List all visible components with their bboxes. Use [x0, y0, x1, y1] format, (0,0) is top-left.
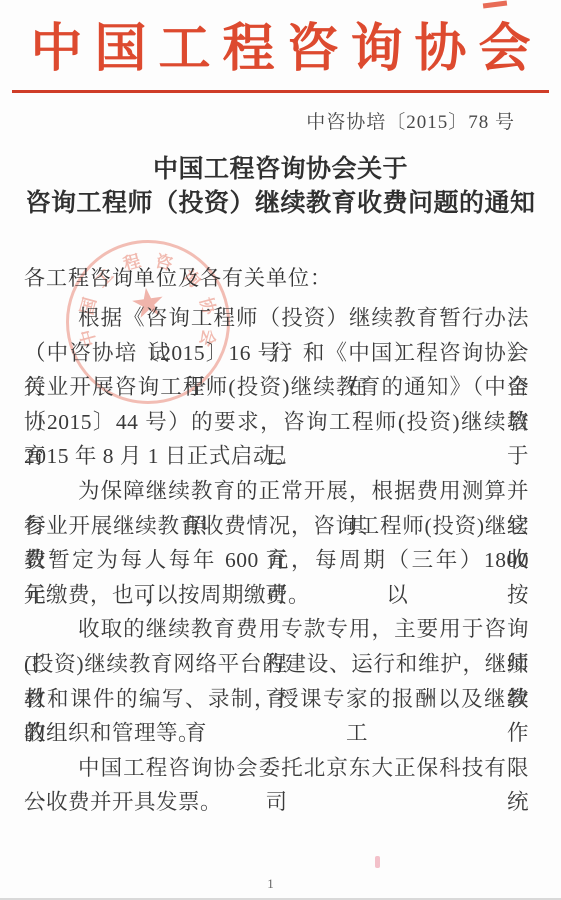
body-line: 为保障继续教育的正常开展，根据费用测算并参照其它	[24, 474, 529, 509]
body-line: 费暂定为每人每年 600 元，每周期（三年）1800 元，可以按	[24, 543, 529, 578]
body-line: 收取的继续教育费用专款专用，主要用于咨询工程师	[24, 612, 529, 647]
body-line: 材和课件的编写、录制，授课专家的报酬以及继续教育工作	[24, 682, 529, 717]
body-line: 〔2015〕44 号）的要求，咨询工程师(投资)继续教育已于	[24, 405, 529, 440]
body-line: 根据《咨询工程师（投资）继续教育暂行办法（试行）》	[24, 301, 529, 336]
salutation: 各工程咨询单位及各有关单位：	[0, 263, 561, 293]
body-line: 中国工程咨询协会委托北京东大正保科技有限公司统	[24, 751, 529, 786]
document-title-line1: 中国工程咨询协会关于	[0, 153, 561, 187]
body-line: (投资)继续教育网络平台的建设、运行和维护，继续教育教	[24, 647, 529, 682]
body-line: 行业开展咨询工程师(投资)继续教育的通知》（中咨协培	[24, 370, 529, 405]
document-page: 中国工程咨询协会 中咨协培〔2015〕78 号 中国工程咨询协会关于 咨询工程师…	[0, 0, 561, 900]
scan-artifact-pink-speck	[375, 856, 380, 868]
letterhead-divider-rule	[12, 90, 549, 93]
document-number: 中咨协培〔2015〕78 号	[0, 109, 561, 137]
letterhead-org-name: 中国工程咨询协会	[0, 0, 561, 80]
document-body: 根据《咨询工程师（投资）继续教育暂行办法（试行）》 （中咨协培〔2015〕16 …	[0, 301, 561, 820]
document-title: 中国工程咨询协会关于 咨询工程师（投资）继续教育收费问题的通知	[0, 153, 561, 221]
body-line: 行业开展继续教育收费情况，咨询工程师(投资)继续教育收	[24, 509, 529, 544]
page-number: 1	[0, 876, 541, 892]
document-title-line2: 咨询工程师（投资）继续教育收费问题的通知	[0, 187, 561, 221]
body-line: （中咨协培〔2015〕16 号）和《中国工程咨询协会关于在全	[24, 336, 529, 371]
